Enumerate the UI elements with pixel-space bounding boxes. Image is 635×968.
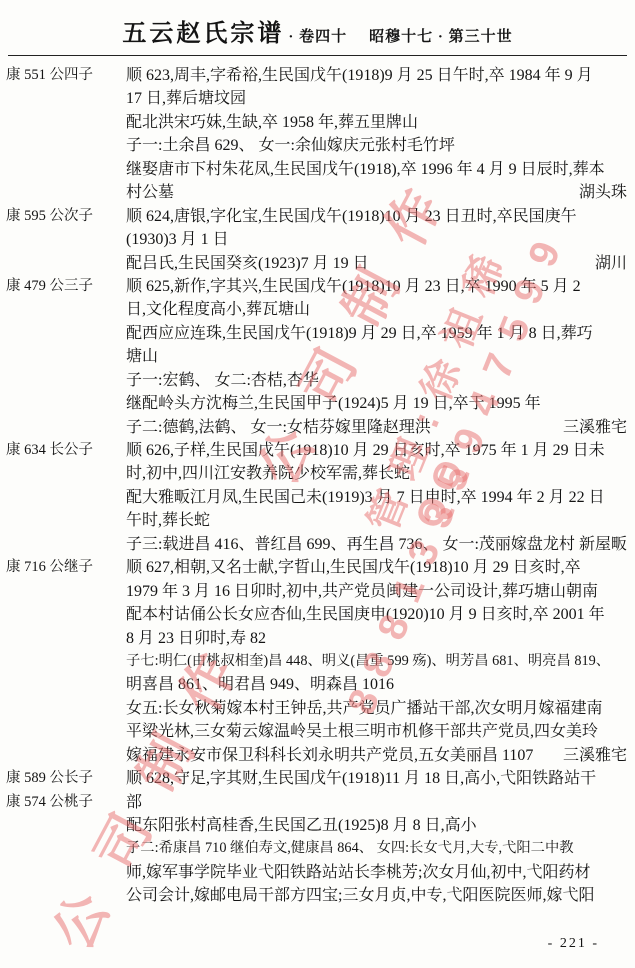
text-line: 村公墓湖头珠 [126,181,629,204]
genealogy-entry: 康 479 公三子顺 625,新作,字其兴,生民国戊午(1918)10 月 23… [6,275,629,439]
entry-label: 康 479 公三子 [6,275,126,298]
line-text: 子七:明仁(由桃叔相奎)昌 448、明义(昌重 599 殇)、明芳昌 681、明… [126,650,610,673]
text-line: 子七:明仁(由桃叔相奎)昌 448、明义(昌重 599 殇)、明芳昌 681、明… [126,650,629,673]
line-text: 日,文化程度高小,葬瓦塘山 [126,298,310,321]
line-text: 配大雅畈江月凤,生民国己未(1919)3 月 7 日申时,卒 1994 年 2 … [126,486,605,509]
line-text: 村公墓 [126,181,174,204]
text-line: (1930)3 月 1 日 [126,228,629,251]
line-text: 配东阳张村高桂香,生民国乙丑(1925)8 月 8 日,高小 [126,814,477,837]
entry-lines: 顺 623,周丰,字希裕,生民国戊午(1918)9 月 25 日午时,卒 198… [126,64,629,205]
line-text: 明喜昌 861、明君昌 949、明森昌 1016 [126,673,394,696]
genealogy-entry: 康 716 公继子顺 627,相朝,又名士献,字晢山,生民国戊午(1918)10… [6,556,629,767]
line-text: 顺 624,唐银,字化宝,生民国戊午(1918)10 月 23 日丑时,卒民国庚… [126,205,577,228]
text-line: 顺 627,相朝,又名士献,字晢山,生民国戊午(1918)10 月 29 日亥时… [126,556,629,579]
text-line: 配吕氏,生民国癸亥(1923)7 月 19 日湖川 [126,252,629,275]
line-text: 顺 626,子样,生民国戊午(1918)10 月 29 日亥时,卒 1975 年… [126,439,605,462]
text-line: 午时,葬长蛇 [126,509,629,532]
line-text: 午时,葬长蛇 [126,509,210,532]
line-text: 时,初中,四川江安教养院少校军需,葬长蛇 [126,462,410,485]
residence-label: 三溪雅宅 [563,416,629,439]
entry-lines: 顺 624,唐银,字化宝,生民国戊午(1918)10 月 23 日丑时,卒民国庚… [126,205,629,275]
text-line: 部 [126,791,629,814]
text-line: 日,文化程度高小,葬瓦塘山 [126,298,629,321]
genealogy-page: 五云赵氏宗谱· 卷四十昭穆十七 · 第三十世 康 551 公四子顺 623,周丰… [0,0,635,968]
line-text: 配西应应连珠,生民国戊午(1918)9 月 29 日,卒 1959 年 1 月 … [126,322,593,345]
line-text: 部 [126,791,142,814]
text-line: 子三:载进昌 416、普红昌 699、再生昌 736、 女一:茂丽嫁盘龙村新屋畈 [126,533,629,556]
text-line: 配西应应连珠,生民国戊午(1918)9 月 29 日,卒 1959 年 1 月 … [126,322,629,345]
text-line: 1979 年 3 月 16 日卯时,初中,共产党员闽建一公司设计,葬巧塘山朝南 [126,580,629,603]
text-line: 17 日,葬后塘坟园 [126,87,629,110]
entry-label: 康 716 公继子 [6,556,126,579]
text-line: 子一:土余昌 629、 女一:余仙嫁庆元张村毛竹坪 [126,134,629,157]
line-text: 师,嫁军事学院毕业弋阳铁路站站长李桃芳;次女月仙,初中,弋阳药材 [126,861,590,884]
text-line: 配东阳张村高桂香,生民国乙丑(1925)8 月 8 日,高小 [126,814,629,837]
text-line: 8 月 23 日卯时,寿 82 [126,627,629,650]
entry-lines: 顺 625,新作,字其兴,生民国戊午(1918)10 月 23 日,卒 1990… [126,275,629,439]
entry-lines: 顺 626,子样,生民国戊午(1918)10 月 29 日亥时,卒 1975 年… [126,439,629,556]
text-line: 嫁福建永安市保卫科科长刘永明共产党员,五女美丽昌 1107三溪雅宅 [126,744,629,767]
line-text: 平梁光林,三女菊云嫁温岭吴土根三明市机修干部共产党员,四女美玲 [126,720,598,743]
entry-label: 康 595 公次子 [6,205,126,228]
genealogy-entry: 康 634 长公子顺 626,子样,生民国戊午(1918)10 月 29 日亥时… [6,439,629,556]
line-text: 配北洪宋巧妹,生缺,卒 1958 年,葬五里牌山 [126,111,418,134]
residence-label: 湖头珠 [579,181,629,204]
text-line: 顺 623,周丰,字希裕,生民国戊午(1918)9 月 25 日午时,卒 198… [126,64,629,87]
entry-label: 康 551 公四子 [6,64,126,87]
entries: 康 551 公四子顺 623,周丰,字希裕,生民国戊午(1918)9 月 25 … [0,56,635,908]
line-text: (1930)3 月 1 日 [126,228,229,251]
genealogy-entry: 康 551 公四子顺 623,周丰,字希裕,生民国戊午(1918)9 月 25 … [6,64,629,205]
text-line: 顺 624,唐银,字化宝,生民国戊午(1918)10 月 23 日丑时,卒民国庚… [126,205,629,228]
text-line: 明喜昌 861、明君昌 949、明森昌 1016 [126,673,629,696]
text-line: 顺 625,新作,字其兴,生民国戊午(1918)10 月 23 日,卒 1990… [126,275,629,298]
entry-labels: 康 595 公次子 [6,205,126,275]
line-text: 继娶唐市下村朱花凤,生民国戊午(1918),卒 1996 年 4 月 9 日辰时… [126,158,605,181]
line-text: 配吕氏,生民国癸亥(1923)7 月 19 日 [126,252,369,275]
entry-label: 康 589 公长子 [6,767,126,790]
entry-labels: 康 634 长公子 [6,439,126,556]
line-text: 子三:载进昌 416、普红昌 699、再生昌 736、 女一:茂丽嫁盘龙村 [126,533,575,556]
residence-label: 湖川 [595,252,629,275]
text-line: 时,初中,四川江安教养院少校军需,葬长蛇 [126,462,629,485]
line-text: 顺 627,相朝,又名士献,字晢山,生民国戊午(1918)10 月 29 日亥时… [126,556,581,579]
entry-labels: 康 479 公三子 [6,275,126,439]
page-number: - 221 - [548,936,599,952]
line-text: 继配岭头方沈梅兰,生民国甲子(1924)5 月 19 日,卒于 1995 年 [126,392,541,415]
line-text: 顺 628,守足,字其财,生民国戊午(1918)11 月 18 日,高小,弋阳铁… [126,767,596,790]
line-text: 女五:长女秋菊嫁本村王钟岳,共产党员广播站干部,次女明月嫁福建南 [126,697,602,720]
line-text: 1979 年 3 月 16 日卯时,初中,共产党员闽建一公司设计,葬巧塘山朝南 [126,580,598,603]
line-text: 顺 623,周丰,字希裕,生民国戊午(1918)9 月 25 日午时,卒 198… [126,64,593,87]
text-line: 平梁光林,三女菊云嫁温岭吴土根三明市机修干部共产党员,四女美玲 [126,720,629,743]
line-text: 配本村诂俑公长女应杏仙,生民国庚申(1920)10 月 9 日亥时,卒 2001… [126,603,605,626]
entry-labels: 康 716 公继子 [6,556,126,767]
text-line: 配北洪宋巧妹,生缺,卒 1958 年,葬五里牌山 [126,111,629,134]
text-line: 子二:希康昌 710 继伯寿文,健康昌 864、 女四:长女弋月,大专,弋阳二中… [126,837,629,860]
genealogy-entry: 康 595 公次子顺 624,唐银,字化宝,生民国戊午(1918)10 月 23… [6,205,629,275]
line-text: 8 月 23 日卯时,寿 82 [126,627,266,650]
line-text: 嫁福建永安市保卫科科长刘永明共产党员,五女美丽昌 1107 [126,744,533,767]
entry-lines: 顺 627,相朝,又名士献,字晢山,生民国戊午(1918)10 月 29 日亥时… [126,556,629,767]
text-line: 师,嫁军事学院毕业弋阳铁路站站长李桃芳;次女月仙,初中,弋阳药材 [126,861,629,884]
entry-labels: 康 589 公长子康 574 公桃子 [6,767,126,908]
genealogy-entry: 康 589 公长子康 574 公桃子顺 628,守足,字其财,生民国戊午(191… [6,767,629,908]
page-header: 五云赵氏宗谱· 卷四十昭穆十七 · 第三十世 [0,0,635,48]
residence-label: 三溪雅宅 [563,744,629,767]
text-line: 公司会计,嫁邮电局干部方四宝;三女月贞,中专,弋阳医院医师,嫁弋阳 [126,884,629,907]
line-text: 公司会计,嫁邮电局干部方四宝;三女月贞,中专,弋阳医院医师,嫁弋阳 [126,884,594,907]
text-line: 顺 626,子样,生民国戊午(1918)10 月 29 日亥时,卒 1975 年… [126,439,629,462]
line-text: 子一:宏鹤、 女二:杏桔,杏华 [126,369,319,392]
text-line: 子一:宏鹤、 女二:杏桔,杏华 [126,369,629,392]
line-text: 塘山 [126,345,158,368]
text-line: 继配岭头方沈梅兰,生民国甲子(1924)5 月 19 日,卒于 1995 年 [126,392,629,415]
entry-label: 康 634 长公子 [6,439,126,462]
text-line: 子二:德鹤,法鹤、 女一:女桔芬嫁里隆赵理洪三溪雅宅 [126,416,629,439]
line-text: 子二:希康昌 710 继伯寿文,健康昌 864、 女四:长女弋月,大专,弋阳二中… [126,837,574,860]
line-text: 17 日,葬后塘坟园 [126,87,246,110]
entry-lines: 顺 628,守足,字其财,生民国戊午(1918)11 月 18 日,高小,弋阳铁… [126,767,629,908]
entry-label: 康 574 公桃子 [6,791,126,814]
text-line: 顺 628,守足,字其财,生民国戊午(1918)11 月 18 日,高小,弋阳铁… [126,767,629,790]
residence-label: 新屋畈 [579,533,629,556]
volume-label: · 卷四十 [288,29,347,45]
text-line: 塘山 [126,345,629,368]
section-label: 昭穆十七 · 第三十世 [369,29,513,45]
text-line: 继娶唐市下村朱花凤,生民国戊午(1918),卒 1996 年 4 月 9 日辰时… [126,158,629,181]
text-line: 配本村诂俑公长女应杏仙,生民国庚申(1920)10 月 9 日亥时,卒 2001… [126,603,629,626]
text-line: 配大雅畈江月凤,生民国己未(1919)3 月 7 日申时,卒 1994 年 2 … [126,486,629,509]
line-text: 子二:德鹤,法鹤、 女一:女桔芬嫁里隆赵理洪 [126,416,431,439]
line-text: 子一:土余昌 629、 女一:余仙嫁庆元张村毛竹坪 [126,134,455,157]
text-line: 女五:长女秋菊嫁本村王钟岳,共产党员广播站干部,次女明月嫁福建南 [126,697,629,720]
entry-labels: 康 551 公四子 [6,64,126,205]
line-text: 顺 625,新作,字其兴,生民国戊午(1918)10 月 23 日,卒 1990… [126,275,581,298]
page-title: 五云赵氏宗谱 [122,21,284,47]
